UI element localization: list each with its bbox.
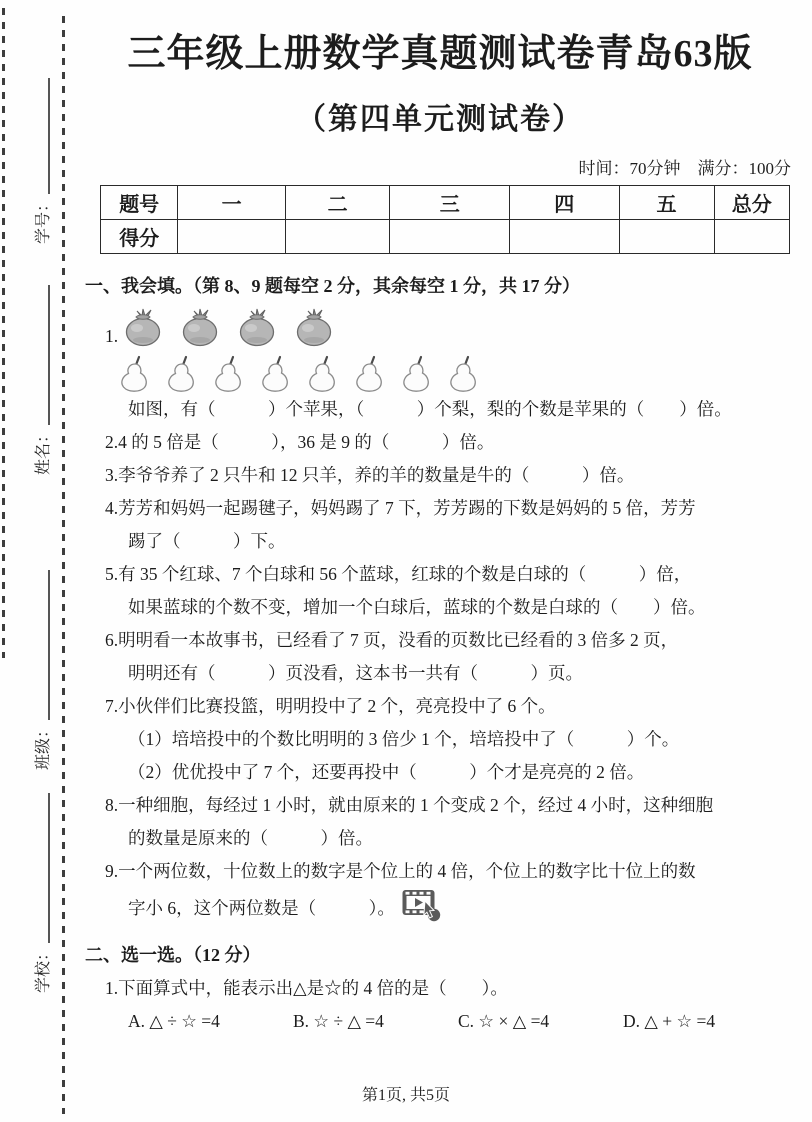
apple-icon	[123, 307, 163, 347]
page-footer: 第1页, 共5页	[0, 1082, 812, 1105]
question-7-sub2: （2）优优投中了 7 个，还要再投中（ ）个才是亮亮的 2 倍。	[85, 756, 795, 789]
question-2: 2.4 的 5 倍是（ ），36 是 9 的（ ）倍。	[85, 426, 795, 459]
question-7-sub1: （1）培培投中的个数比明明的 3 倍少 1 个，培培投中了（ ）个。	[85, 723, 795, 756]
section-two-heading: 二、选一选。（12 分）	[85, 939, 795, 972]
school-label: 学校：	[30, 945, 53, 993]
exam-meta: 时间：70分钟 满分：100分	[85, 154, 795, 179]
video-play-icon[interactable]	[401, 888, 443, 922]
margin-field-name: 姓名：	[31, 285, 53, 475]
pear-icon	[212, 355, 245, 393]
question-3: 3.李爷爷养了 2 只牛和 12 只羊，养的羊的数量是牛的（ ）倍。	[85, 459, 795, 492]
score-header-cell: 一	[178, 185, 285, 219]
question-6-line2: 明明还有（ ）页没看，这本书一共有（ ）页。	[85, 657, 795, 690]
option-a: A. △ ÷ ☆ =4	[128, 1005, 293, 1038]
question-9-line2: 字小 6，这个两位数是（ ）。	[85, 888, 795, 925]
score-header-cell: 总分	[714, 185, 789, 219]
student-id-blank-line	[48, 78, 50, 194]
name-label: 姓名：	[30, 427, 53, 475]
choice-question-1: 1.下面算式中，能表示出△是☆的 4 倍的是（ ）。	[85, 972, 795, 1005]
apple-icon	[237, 307, 277, 347]
question-1-number: 1.	[105, 326, 123, 347]
pear-group	[118, 355, 795, 393]
score-cell-empty	[390, 219, 510, 253]
apple-group	[123, 307, 334, 347]
question-8-line2: 的数量是原来的（ ）倍。	[85, 822, 795, 855]
score-cell-empty	[178, 219, 285, 253]
margin-field-student-id: 学号：	[31, 78, 53, 244]
name-blank-line	[48, 285, 50, 425]
question-9-line2-text: 字小 6，这个两位数是（ ）。	[128, 898, 395, 918]
margin-field-class: 班级：	[31, 570, 53, 770]
option-d: D. △ + ☆ =4	[623, 1005, 788, 1038]
score-header-cell: 二	[285, 185, 390, 219]
student-id-label: 学号：	[30, 196, 53, 244]
score-table-score-row: 得分	[101, 219, 790, 253]
pear-icon	[118, 355, 151, 393]
exam-paper-page: 学号： 姓名： 班级： 学校： 三年级上册数学真题测试卷青岛63版 （第四单元测…	[0, 0, 812, 1122]
margin-field-school: 学校：	[31, 793, 53, 993]
score-cell-empty	[714, 219, 789, 253]
score-row-label: 得分	[101, 219, 178, 253]
apple-icon	[180, 307, 220, 347]
score-header-cell: 五	[619, 185, 714, 219]
class-blank-line	[48, 570, 50, 720]
page-subtitle: （第四单元测试卷）	[85, 94, 795, 138]
pear-icon	[165, 355, 198, 393]
pear-icon	[259, 355, 292, 393]
left-edge-dashed-line	[2, 8, 5, 658]
question-7-line1: 7.小伙伴们比赛投篮，明明投中了 2 个，亮亮投中了 6 个。	[85, 690, 795, 723]
section-one-heading: 一、我会填。（第 8、9 题每空 2 分，其余每空 1 分，共 17 分）	[85, 270, 795, 303]
pear-icon	[306, 355, 339, 393]
pear-icon	[447, 355, 480, 393]
school-blank-line	[48, 793, 50, 943]
question-9-line1: 9.一个两位数，十位数上的数字是个位上的 4 倍，个位上的数字比十位上的数	[85, 855, 795, 888]
margin-fold-dashed-line	[62, 16, 65, 1114]
score-cell-empty	[285, 219, 390, 253]
content-column: 三年级上册数学真题测试卷青岛63版 （第四单元测试卷） 时间：70分钟 满分：1…	[85, 0, 795, 1038]
choice-question-1-options: A. △ ÷ ☆ =4 B. ☆ ÷ △ =4 C. ☆ × △ =4 D. △…	[85, 1005, 795, 1038]
question-4-line1: 4.芳芳和妈妈一起踢毽子，妈妈踢了 7 下，芳芳踢的下数是妈妈的 5 倍，芳芳	[85, 492, 795, 525]
score-header-cell: 三	[390, 185, 510, 219]
pear-icon	[353, 355, 386, 393]
question-1-apples-row: 1.	[85, 303, 795, 347]
option-c: C. ☆ × △ =4	[458, 1005, 623, 1038]
question-1-caption: 如图，有（ ）个苹果，（ ）个梨，梨的个数是苹果的（ ）倍。	[85, 393, 795, 426]
question-5-line2: 如果蓝球的个数不变，增加一个白球后，蓝球的个数是白球的（ ）倍。	[85, 591, 795, 624]
score-header-cell: 四	[510, 185, 619, 219]
score-cell-empty	[619, 219, 714, 253]
class-label: 班级：	[30, 722, 53, 770]
score-table: 题号 一 二 三 四 五 总分 得分	[100, 185, 790, 254]
score-table-header-row: 题号 一 二 三 四 五 总分	[101, 185, 790, 219]
pear-icon	[400, 355, 433, 393]
question-4-line2: 踢了（ ）下。	[85, 525, 795, 558]
apple-icon	[294, 307, 334, 347]
score-cell-empty	[510, 219, 619, 253]
option-b: B. ☆ ÷ △ =4	[293, 1005, 458, 1038]
score-header-cell: 题号	[101, 185, 178, 219]
page-title: 三年级上册数学真题测试卷青岛63版	[85, 34, 795, 76]
question-6-line1: 6.明明看一本故事书，已经看了 7 页，没看的页数比已经看的 3 倍多 2 页，	[85, 624, 795, 657]
question-8-line1: 8.一种细胞，每经过 1 小时，就由原来的 1 个变成 2 个，经过 4 小时，…	[85, 789, 795, 822]
question-5-line1: 5.有 35 个红球、7 个白球和 56 个蓝球，红球的个数是白球的（ ）倍，	[85, 558, 795, 591]
